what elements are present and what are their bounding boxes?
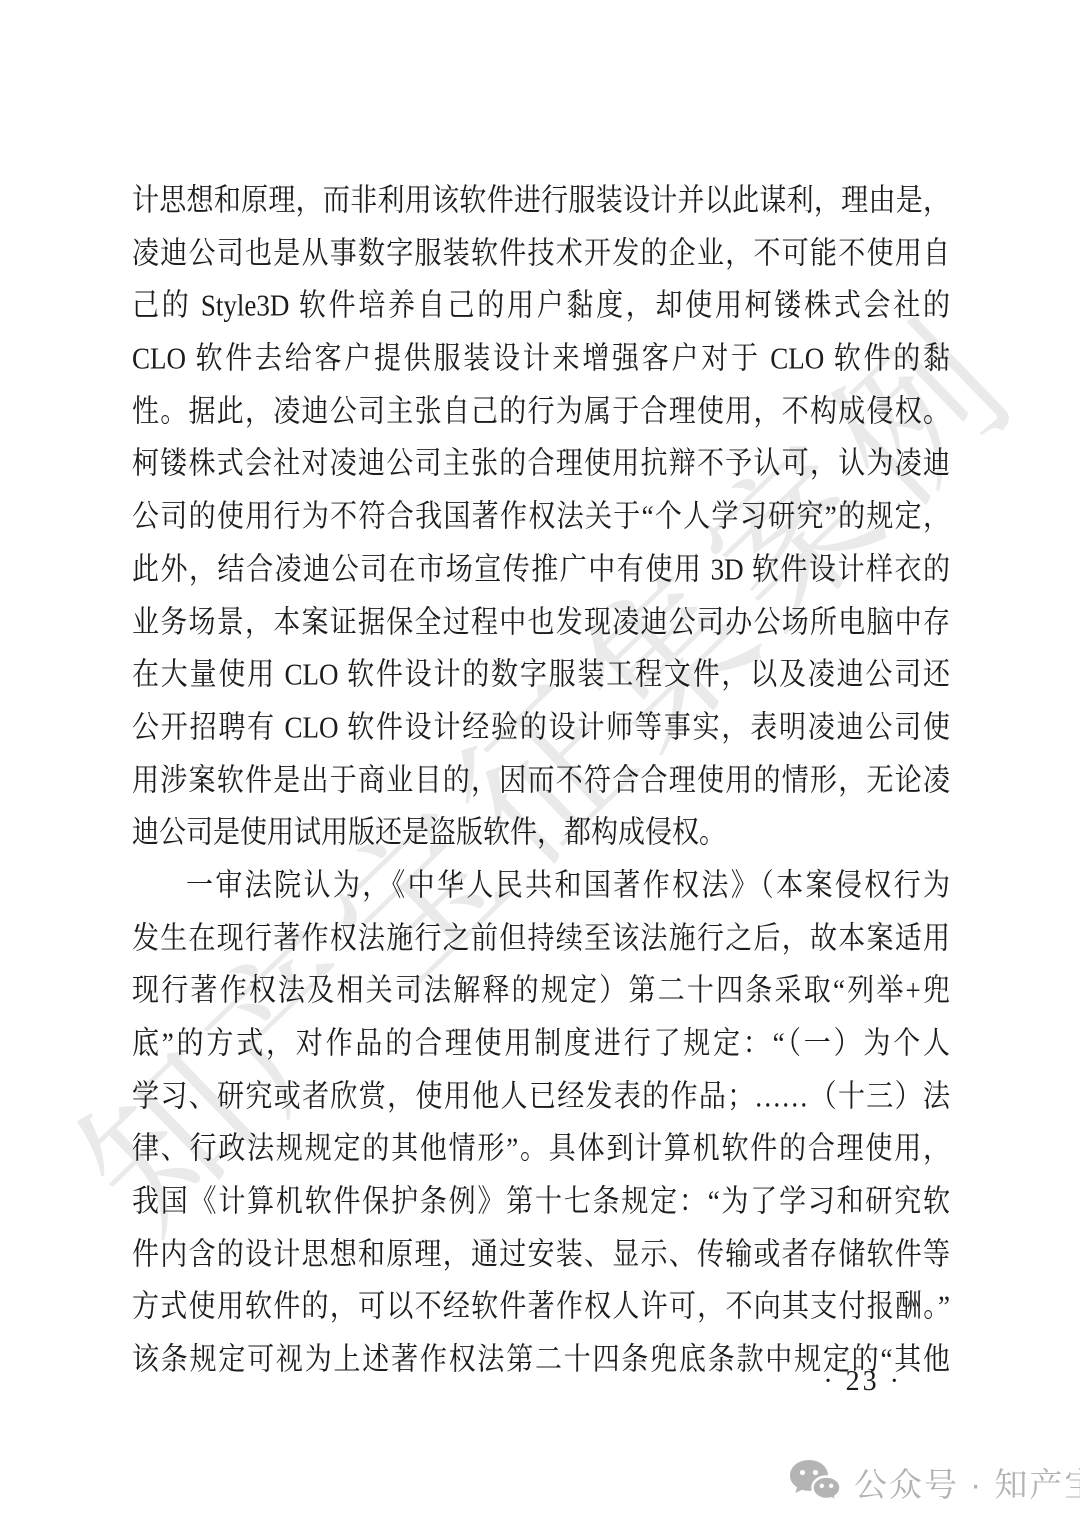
page-number: · 23 · bbox=[823, 1366, 902, 1398]
wechat-icon bbox=[788, 1458, 842, 1506]
text-line: 公司的使用行为不符合我国著作权法关于“个人学习研究”的规定， bbox=[132, 486, 950, 547]
text-line: 己的 Style3D 软件培养自己的用户黏度，却使用柯镂株式会社的 bbox=[132, 275, 950, 336]
text-line: 柯镂株式会社对凌迪公司主张的合理使用抗辩不予认可，认为凌迪 bbox=[132, 433, 950, 494]
document-body: 计思想和原理，而非利用该软件进行服装设计并以此谋利，理由是，凌迪公司也是从事数字… bbox=[132, 174, 950, 1386]
text-line: CLO 软件去给客户提供服装设计来增强客户对于 CLO 软件的黏 bbox=[132, 328, 950, 389]
text-line: 在大量使用 CLO 软件设计的数字服装工程文件，以及凌迪公司还 bbox=[132, 644, 950, 705]
text-line: 计思想和原理，而非利用该软件进行服装设计并以此谋利，理由是， bbox=[132, 170, 950, 231]
footer: 公众号 · 知产宝 bbox=[788, 1458, 1080, 1506]
text-line: 公开招聘有 CLO 软件设计经验的设计师等事实，表明凌迪公司使 bbox=[132, 697, 950, 758]
text-line: 业务场景，本案证据保全过程中也发现凌迪公司办公场所电脑中存 bbox=[132, 592, 950, 653]
text-line: 一审法院认为，《中华人民共和国著作权法》（本案侵权行为 bbox=[132, 855, 950, 916]
text-line: 方式使用软件的，可以不经软件著作权人许可，不向其支付报酬。” bbox=[132, 1276, 950, 1337]
text-line: 现行著作权法及相关司法解释的规定）第二十四条采取“列举+兜 bbox=[132, 960, 950, 1021]
text-line: 律、行政法规规定的其他情形”。具体到计算机软件的合理使用， bbox=[132, 1118, 950, 1179]
text-line: 此外，结合凌迪公司在市场宣传推广中有使用 3D 软件设计样衣的 bbox=[132, 539, 950, 600]
text-line: 底”的方式，对作品的合理使用制度进行了规定：“（一）为个人 bbox=[132, 1013, 950, 1074]
text-line: 迪公司是使用试用版还是盗版软件，都构成侵权。 bbox=[132, 802, 950, 863]
text-line: 我国《计算机软件保护条例》第十七条规定：“为了学习和研究软 bbox=[132, 1171, 950, 1232]
footer-account-label: 公众号 · 知产宝 bbox=[854, 1459, 1080, 1506]
